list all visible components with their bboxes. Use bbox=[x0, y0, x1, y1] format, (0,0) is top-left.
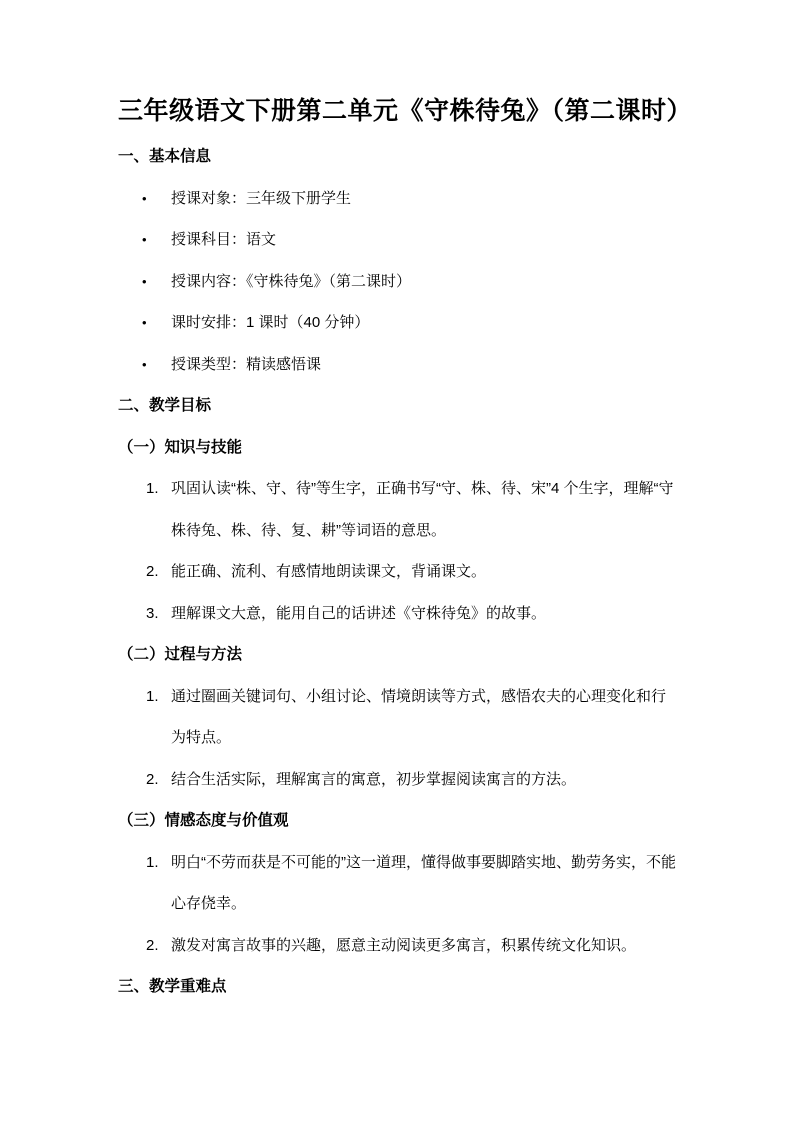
bullet-icon: • bbox=[118, 344, 171, 386]
list-item: • 授课对象：三年级下册学生 bbox=[118, 178, 677, 220]
numbered-item-text: 激发对寓言故事的兴趣，愿意主动阅读更多寓言，积累传统文化知识。 bbox=[171, 925, 677, 967]
numbered-item: 1. 通过圈画关键词句、小组讨论、情境朗读等方式，感悟农夫的心理变化和行为特点。 bbox=[118, 676, 677, 759]
item-number: 2. bbox=[118, 759, 171, 801]
numbered-item: 1. 巩固认读“株、守、待”等生字，正确书写“守、株、待、宋”4 个生字，理解“… bbox=[118, 468, 677, 551]
item-number: 2. bbox=[118, 925, 171, 967]
list-item: • 课时安排：1 课时（40 分钟） bbox=[118, 302, 677, 344]
bullet-icon: • bbox=[118, 219, 171, 261]
numbered-item-text: 结合生活实际，理解寓言的寓意，初步掌握阅读寓言的方法。 bbox=[171, 759, 677, 801]
numbered-item-text: 巩固认读“株、守、待”等生字，正确书写“守、株、待、宋”4 个生字，理解“守株待… bbox=[171, 468, 677, 551]
list-item: • 授课科目：语文 bbox=[118, 219, 677, 261]
document-title: 三年级语文下册第二单元《守株待兔》（第二课时） bbox=[118, 86, 677, 136]
list-item: • 授课类型：精读感悟课 bbox=[118, 344, 677, 386]
subsection-heading-knowledge-skills: （一）知识与技能 bbox=[118, 427, 677, 469]
numbered-item: 1. 明白“不劳而获是不可能的”这一道理，懂得做事要脚踏实地、勤劳务实，不能心存… bbox=[118, 842, 677, 925]
item-number: 3. bbox=[118, 593, 171, 635]
item-number: 2. bbox=[118, 551, 171, 593]
numbered-item-text: 明白“不劳而获是不可能的”这一道理，懂得做事要脚踏实地、勤劳务实，不能心存侥幸。 bbox=[171, 842, 677, 925]
subsection-heading-emotion-values: （三）情感态度与价值观 bbox=[118, 800, 677, 842]
item-number: 1. bbox=[118, 842, 171, 925]
numbered-item: 2. 结合生活实际，理解寓言的寓意，初步掌握阅读寓言的方法。 bbox=[118, 759, 677, 801]
list-item-text: 授课类型：精读感悟课 bbox=[171, 344, 677, 386]
item-number: 1. bbox=[118, 468, 171, 551]
numbered-item-text: 理解课文大意，能用自己的话讲述《守株待兔》的故事。 bbox=[171, 593, 677, 635]
section-heading-key-points: 三、教学重难点 bbox=[118, 966, 677, 1008]
section-heading-basic-info: 一、基本信息 bbox=[118, 136, 677, 178]
list-item-text: 授课科目：语文 bbox=[171, 219, 677, 261]
document-page: 三年级语文下册第二单元《守株待兔》（第二课时） 一、基本信息 • 授课对象：三年… bbox=[0, 0, 794, 1123]
bullet-icon: • bbox=[118, 178, 171, 220]
numbered-item: 3. 理解课文大意，能用自己的话讲述《守株待兔》的故事。 bbox=[118, 593, 677, 635]
section-heading-teaching-goals: 二、教学目标 bbox=[118, 385, 677, 427]
list-item-text: 授课对象：三年级下册学生 bbox=[171, 178, 677, 220]
list-item-text: 授课内容：《守株待兔》（第二课时） bbox=[171, 261, 677, 303]
numbered-item: 2. 激发对寓言故事的兴趣，愿意主动阅读更多寓言，积累传统文化知识。 bbox=[118, 925, 677, 967]
bullet-icon: • bbox=[118, 302, 171, 344]
list-item-text: 课时安排：1 课时（40 分钟） bbox=[171, 302, 677, 344]
numbered-item: 2. 能正确、流利、有感情地朗读课文，背诵课文。 bbox=[118, 551, 677, 593]
item-number: 1. bbox=[118, 676, 171, 759]
numbered-item-text: 通过圈画关键词句、小组讨论、情境朗读等方式，感悟农夫的心理变化和行为特点。 bbox=[171, 676, 677, 759]
bullet-icon: • bbox=[118, 261, 171, 303]
list-item: • 授课内容：《守株待兔》（第二课时） bbox=[118, 261, 677, 303]
numbered-item-text: 能正确、流利、有感情地朗读课文，背诵课文。 bbox=[171, 551, 677, 593]
subsection-heading-process-method: （二）过程与方法 bbox=[118, 634, 677, 676]
